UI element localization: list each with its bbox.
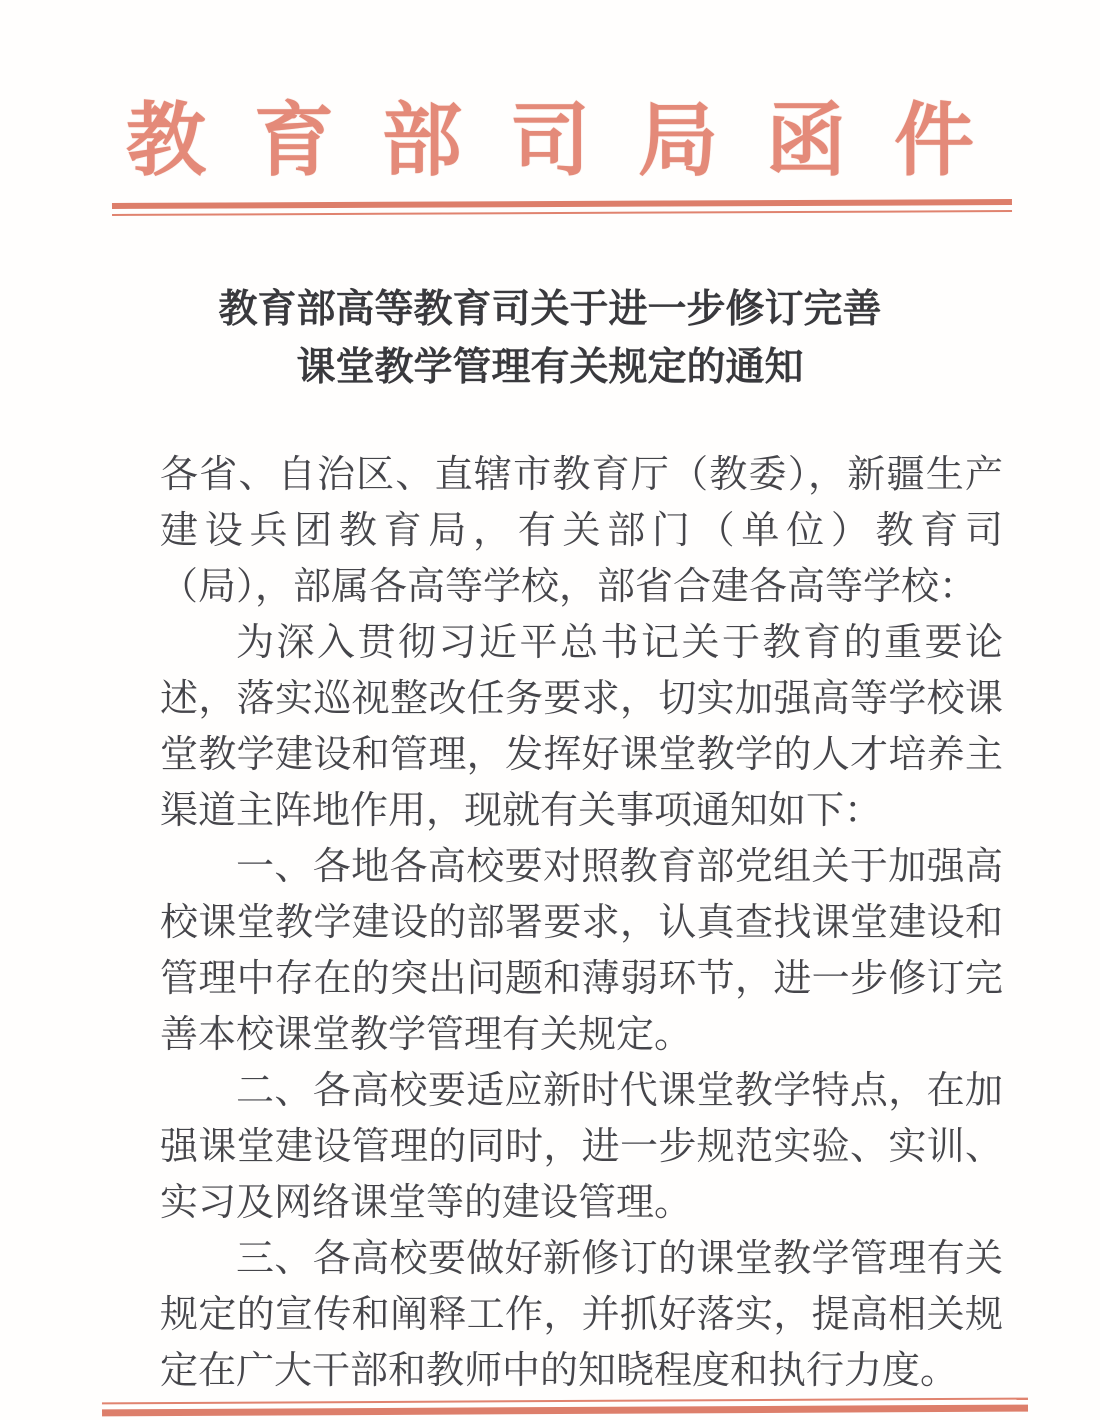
paragraph-preamble: 为深入贯彻习近平总书记关于教育的重要论述，落实巡视整改任务要求，切实加强高等学校… bbox=[160, 615, 1003, 839]
paragraph-item-1: 一、各地各高校要对照教育部党组关于加强高校课堂教学建设的部署要求，认真查找课堂建… bbox=[160, 839, 1003, 1063]
paragraph-item-3: 三、各高校要做好新修订的课堂教学管理有关规定的宣传和阐释工作，并抓好落实，提高相… bbox=[160, 1231, 1003, 1399]
header-divider bbox=[112, 199, 1012, 216]
document-page: 教育部司局函件 教育部高等教育司关于进一步修订完善 课堂教学管理有关规定的通知 … bbox=[0, 0, 1100, 1420]
document-title: 教育部高等教育司关于进一步修订完善 课堂教学管理有关规定的通知 bbox=[0, 281, 1100, 397]
footer-divider bbox=[102, 1398, 1028, 1417]
document-title-line2: 课堂教学管理有关规定的通知 bbox=[0, 339, 1100, 397]
document-title-line1: 教育部高等教育司关于进一步修订完善 bbox=[0, 281, 1100, 339]
paragraph-addressees: 各省、自治区、直辖市教育厅（教委），新疆生产建设兵团教育局，有关部门（单位）教育… bbox=[160, 447, 1003, 615]
paragraph-item-2: 二、各高校要适应新时代课堂教学特点，在加强课堂建设管理的同时，进一步规范实验、实… bbox=[160, 1063, 1003, 1231]
document-body: 各省、自治区、直辖市教育厅（教委），新疆生产建设兵团教育局，有关部门（单位）教育… bbox=[160, 447, 1003, 1399]
letterhead-masthead: 教育部司局函件 bbox=[0, 76, 1100, 191]
